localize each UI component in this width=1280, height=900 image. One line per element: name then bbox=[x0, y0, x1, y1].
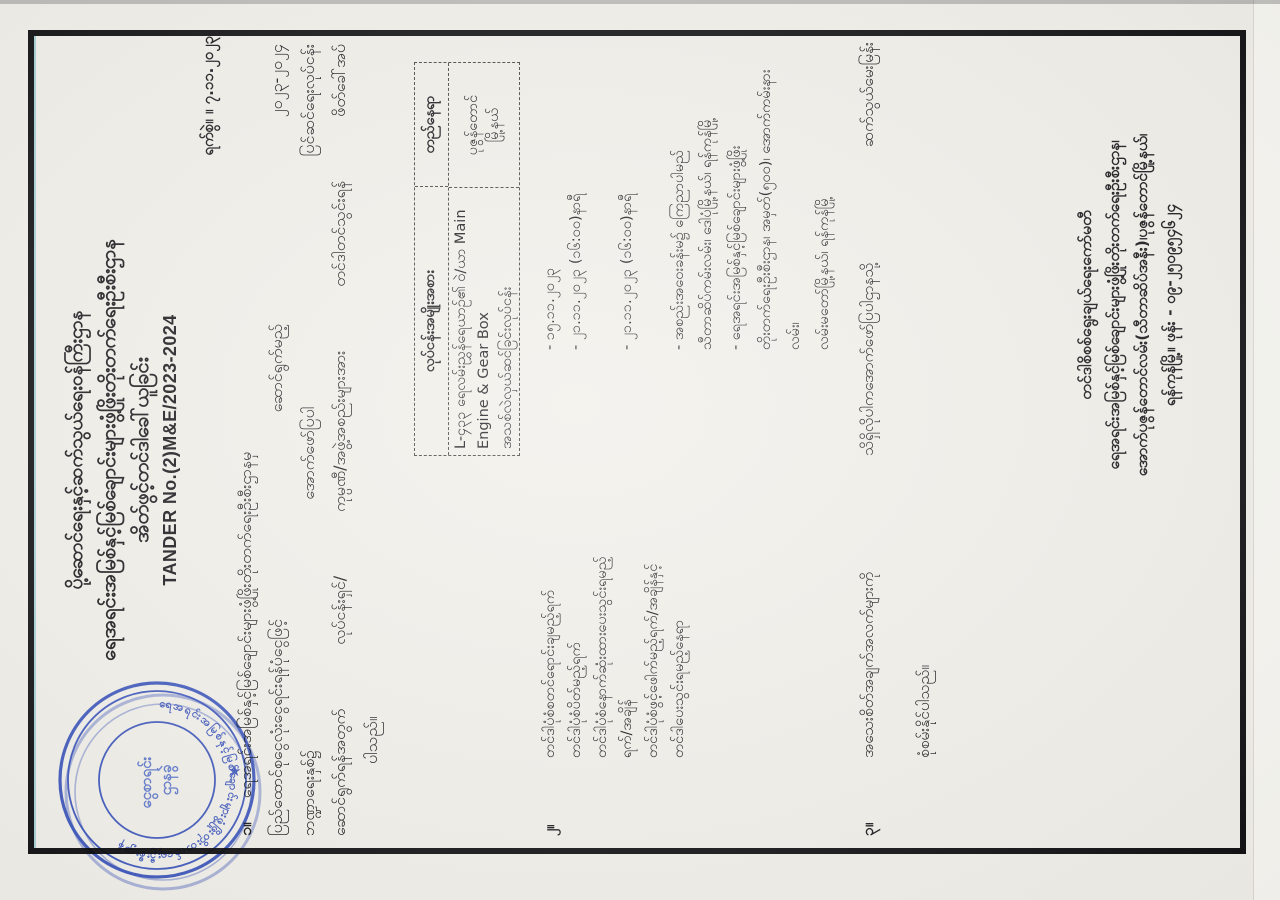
schedule-value: - ရေအရင်းအမြစ်နှင့်မြစ်ချောင်းများဖွံ့ဖြ… bbox=[722, 42, 751, 350]
schedule-row: သီတာဆိပ်ကမ်းလမ်း၊ ဒေါပုံမြို့နယ်၊ ရန်ကုန… bbox=[693, 42, 722, 836]
schedule-label bbox=[810, 350, 839, 758]
signature-department-line: ရေအရင်းအမြစ်နှင့်မြစ်ချောင်းများဖွံ့ဖြို… bbox=[1100, 40, 1128, 570]
section-3-line2: စုံစမ်းနိုင်ပါသည်။ bbox=[912, 42, 936, 758]
schedule-value: - အစည်းအဝေးခန်းမ၌ ကြေညာပါမည် bbox=[667, 42, 693, 350]
svg-text:ရေအရင်းအမြစ်နှင့်မြစ်ချောင်းမျ: ရေအရင်းအမြစ်နှင့်မြစ်ချောင်းများဖွံ့ဖြို… bbox=[113, 697, 240, 864]
section-2-schedule-list: ၂။ တင်ဒါပုံစံစတင်ရောင်းချမည့်ရက် - ၁၅.၁၁… bbox=[538, 42, 840, 836]
work-description-line2: အသစ်လဲလှယ်ဆင်ခြင်းလုပ်ငန်း bbox=[496, 287, 519, 449]
signature-address-line: အောက်ပုဇွန်တောင်လမ်း(သီတာဆိပ်အနီး)၊ပုဇွန… bbox=[1128, 40, 1156, 570]
tender-committee-line: တင်ဒါစိစစ်ရွေးချယ်ရေးကော်မတီ bbox=[1072, 40, 1100, 570]
schedule-label bbox=[693, 350, 722, 758]
official-round-stamp: ရေအရင်းအမြစ်နှင့်မြစ်ချောင်းများဖွံ့ဖြို… bbox=[50, 652, 270, 900]
paragraph-1-line: ဆောင်ရွက်ရန်အတွက် လုပ်ငန်းရှင်/ ကုမ္ပဏီ/… bbox=[324, 44, 355, 836]
schedule-label: တင်ဒါပုံစံပိတ်မည့်ရက် bbox=[564, 350, 590, 758]
schedule-value: တိုးတက်ရေးဦးစီးဌာန၊ အမှတ်(၅၀၀)၊ အောက်ကမ်… bbox=[752, 42, 811, 350]
schedule-row: တင်ဒါပုံစံပိတ်မည့်ရက် - ၂၁.၁၁.၂၀၂၃ (၁၆:၀… bbox=[564, 42, 590, 836]
schedule-row: တင်ဒါပုံစံနောက်ဆုံးထားပေးသွင်းရမည့် bbox=[590, 42, 616, 836]
schedule-label: တင်ဒါပုံစံဖွင့်ဖေါက်မည့်ရက်/အချိန်နှင့် bbox=[641, 350, 667, 758]
schedule-row: ရက်/အချိန် - ၂၁.၁၁.၂၀၂၃ (၁၆:၀၀)နာရီ bbox=[615, 42, 641, 836]
stamp-ring-text: ရေအရင်းအမြစ်နှင့်မြစ်ချောင်းများဖွံ့ဖြို… bbox=[113, 697, 240, 864]
schedule-row: လမ်းမတော်မြို့နယ်၊ ရန်ကုန်မြို့ bbox=[810, 42, 839, 836]
signature-city-phone-line: ရန်ကုန်မြို့။ ဖုန်း - ၀၉-၂၅၀၉၅၄၆၂၄ bbox=[1156, 40, 1184, 570]
schedule-value: သီတာဆိပ်ကမ်းလမ်း၊ ဒေါပုံမြို့နယ်၊ ရန်ကုန… bbox=[693, 42, 722, 350]
schedule-label bbox=[752, 350, 811, 758]
work-table: လုပ်ငန်းအမျိုးအစား တည်နေရာ L-၄၃၃ ရေလမ်းည… bbox=[414, 62, 520, 456]
section-3-number: ၃။ bbox=[854, 758, 882, 836]
section-3-contact: ၃။ အသေးစိတ်အချက်အလက်များကို သိရှိလိုပါကအ… bbox=[854, 42, 936, 836]
scan-stage: ပို့ဆောင်ရေးနှင့်ဆက်သွယ်ရေးဝန်ကြီးဌာန ရေ… bbox=[0, 0, 1280, 900]
work-description-line1: L-၄၃၃ ရေလမ်းညွှန်ရေယာဉ်၏ ဝဲ/ယာ Main Engi… bbox=[450, 194, 496, 449]
section-3-text: အသေးစိတ်အချက်အလက်များကို သိရှိလိုပါကအောက… bbox=[854, 42, 882, 758]
schedule-value: - ၁၅.၁၁.၂၀၂၃ bbox=[538, 42, 564, 350]
location-line2: မြို့နယ် bbox=[484, 108, 505, 143]
work-type-header: လုပ်ငန်းအမျိုးအစား bbox=[415, 186, 448, 455]
location-header: တည်နေရာ bbox=[415, 63, 448, 186]
scanner-top-edge bbox=[0, 0, 1280, 4]
work-description-cell: L-၄၃၃ ရေလမ်းညွှန်ရေယာဉ်၏ ဝဲ/ယာ Main Engi… bbox=[449, 187, 519, 455]
schedule-row: တင်ဒါပေးသွင်းရမည့်နေရာ - အစည်းအဝေးခန်းမ၌… bbox=[667, 42, 693, 836]
schedule-label bbox=[722, 350, 751, 758]
schedule-value bbox=[590, 42, 616, 350]
work-table-header-row: လုပ်ငန်းအမျိုးအစား တည်နေရာ bbox=[415, 63, 449, 455]
location-cell: ပုဇွန်တောင် မြို့နယ် bbox=[449, 63, 519, 187]
schedule-row: တင်ဒါပုံစံဖွင့်ဖေါက်မည့်ရက်/အချိန်နှင့် bbox=[641, 42, 667, 836]
paragraph-1-line: ပါသည်။ bbox=[356, 44, 387, 764]
schedule-value: လမ်းမတော်မြို့နယ်၊ ရန်ကုန်မြို့ bbox=[810, 42, 839, 350]
table-row: L-၄၃၃ ရေလမ်းညွှန်ရေယာဉ်၏ ဝဲ/ယာ Main Engi… bbox=[449, 63, 519, 455]
schedule-row: တိုးတက်ရေးဦးစီးဌာန၊ အမှတ်(၅၀၀)၊ အောက်ကမ်… bbox=[752, 42, 811, 836]
location-line1: ပုဇွန်တောင် bbox=[463, 95, 484, 155]
schedule-label: တင်ဒါပုံစံစတင်ရောင်းချမည့်ရက် bbox=[538, 350, 564, 758]
scanner-edge-strip bbox=[1253, 0, 1280, 900]
schedule-value: - ၂၁.၁၁.၂၀၂၃ (၁၆:၀၀)နာရီ bbox=[564, 42, 590, 350]
section-3-line1: ၃။ အသေးစိတ်အချက်အလက်များကို သိရှိလိုပါကအ… bbox=[854, 42, 882, 836]
schedule-label: တင်ဒါပုံစံနောက်ဆုံးထားပေးသွင်းရမည့် bbox=[590, 350, 616, 758]
date-line: ရက်စွဲ။ ။ ၇.၁၁.၂၀၂၃ bbox=[199, 36, 221, 156]
schedule-value: - ၂၁.၁၁.၂၀၂၃ (၁၆:၀၀)နာရီ bbox=[615, 42, 641, 350]
schedule-label: ရက်/အချိန် bbox=[615, 350, 641, 758]
schedule-row: - ရေအရင်းအမြစ်နှင့်မြစ်ချောင်းများဖွံ့ဖြ… bbox=[722, 42, 751, 836]
paragraph-1-line: ဘဏ္ဍာရေးနှစ်၌ အောက်ဖော်ပြပါ ပြင်ဆင်ရေးလု… bbox=[293, 44, 324, 836]
stamp-center-text: ငွေစာရင်း ဌာနခွဲ bbox=[136, 751, 179, 808]
schedule-row: ၂။ တင်ဒါပုံစံစတင်ရောင်းချမည့်ရက် - ၁၅.၁၁… bbox=[538, 42, 564, 836]
schedule-value bbox=[641, 42, 667, 350]
stamp-star-icon: ★ bbox=[228, 762, 241, 780]
signature-block: တင်ဒါစိစစ်ရွေးချယ်ရေးကော်မတီ ရေအရင်းအမြစ… bbox=[1072, 40, 1184, 570]
section-2-number: ၂။ bbox=[538, 758, 564, 836]
schedule-label: တင်ဒါပေးသွင်းရမည့်နေရာ bbox=[667, 350, 693, 758]
